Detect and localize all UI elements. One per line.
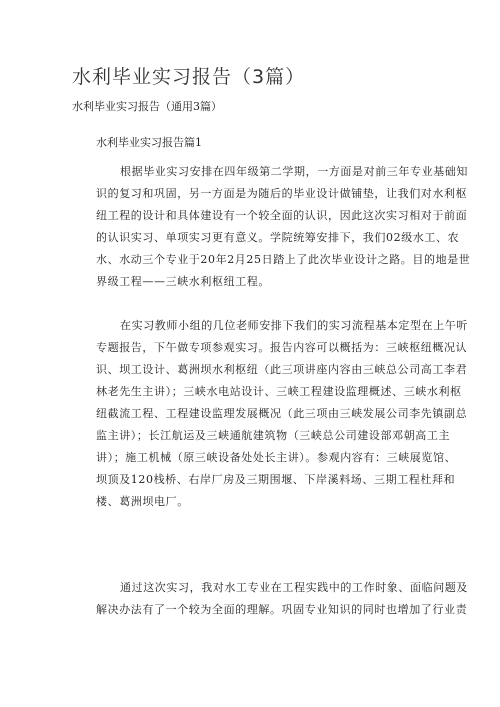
paragraph-line: 楼、葛洲坝电厂。 (72, 491, 434, 513)
paragraph-line: 识、坝工设计、葛洲坝水利枢纽（此三项讲座内容由三峡总公司高工李君 (72, 359, 434, 381)
paragraph-line: 在实习教师小组的几位老师安排下我们的实习流程基本定型在上午听 (72, 315, 434, 337)
paragraph-1: 根据毕业实习安排在四年级第二学期，一方面是对前三年专业基础知 识的复习和巩固，另… (72, 161, 434, 293)
paragraph-line: 通过这次实习，我对水工专业在工程实践中的工作时象、面临问题及 (72, 577, 434, 599)
paragraph-line: 界级工程——三峡水利枢纽工程。 (72, 271, 434, 293)
paragraph-line: 坝顶及120栈桥、右岸厂房及三期围堰、下岸溪料场、三期工程杜拜和 (72, 469, 434, 491)
document-title: 水利毕业实习报告（3篇） (72, 62, 305, 89)
paragraph-line: 根据毕业实习安排在四年级第二学期，一方面是对前三年专业基础知 (72, 161, 434, 183)
paragraph-line: 识的复习和巩固，另一方面是为随后的毕业设计做铺垫，让我们对水利枢 (72, 183, 434, 205)
paragraph-line: 纽工程的设计和具体建设有一个较全面的认识，因此这次实习相对于前面 (72, 205, 434, 227)
document-subtitle: 水利毕业实习报告（通用3篇） (72, 98, 222, 114)
paragraph-line: 水、水动三个专业于20年2月25日踏上了此次毕业设计之路。目的地是世 (72, 249, 434, 271)
paragraph-line: 林老先生主讲）；三峡水电站设计、三峡工程建设监理概述、三峡水利枢 (72, 381, 434, 403)
paragraph-2: 在实习教师小组的几位老师安排下我们的实习流程基本定型在上午听 专题报告，下午做专… (72, 315, 434, 513)
paragraph-line: 纽截流工程、工程建设监理发展概况（此三项由三峡发展公司李先镇副总 (72, 403, 434, 425)
section-heading: 水利毕业实习报告篇1 (96, 134, 202, 150)
paragraph-line: 的认识实习、单项实习更有意义。学院统筹安排下，我们02级水工、农 (72, 227, 434, 249)
paragraph-line: 监主讲）；长江航运及三峡通航建筑物（三峡总公司建设部邓朝高工主 (72, 425, 434, 447)
paragraph-line: 讲）；施工机械（原三峡设备处处长主讲）。参观内容有：三峡展览馆、 (72, 447, 434, 469)
paragraph-line: 专题报告，下午做专项参观实习。报告内容可以概括为：三峡枢纽概况认 (72, 337, 434, 359)
paragraph-3: 通过这次实习，我对水工专业在工程实践中的工作时象、面临问题及 解决办法有了一个较… (72, 577, 434, 621)
paragraph-line: 解决办法有了一个较为全面的理解。巩固专业知识的同时也增加了行业责 (72, 599, 434, 621)
